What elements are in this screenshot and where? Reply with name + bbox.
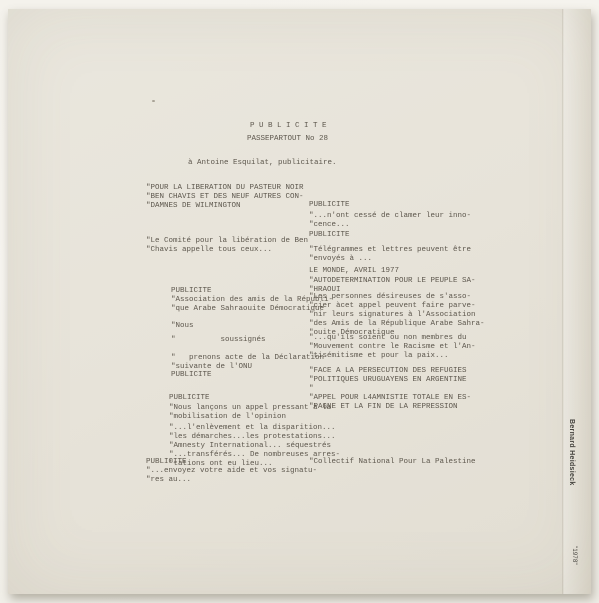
text-line-publicite-left-b: PUBLICITE [169,394,210,403]
text-line-publicite-right-a: PUBLICITE [309,201,350,210]
paper-speck [152,100,155,102]
text-line-nous: "Nous [171,322,194,331]
text-block-appel-pressant: "Nous lançons un appel pressant à la "mo… [169,404,331,422]
spine-album-title: "1978" [571,546,577,565]
text-line-le-monde: LE MONDE, AVRIL 1977 [309,267,399,276]
text-block-racisme: "...qu'ils soient ou non membres du "Mou… [309,334,476,361]
text-block-signatures: PUBLICITE "...envoyez votre aide et vos … [146,458,317,485]
text-block-comite: "Le Comité pour la libération de Ben "Ch… [146,237,308,255]
text-block-liberation: "POUR LA LIBERATION DU PASTEUR NOIR "BEN… [146,184,304,211]
spine-artist-name: Bernard Heidsieck [568,419,575,486]
text-block-telegrammes: "Télégrammes et lettres peuvent être "en… [309,246,471,264]
text-block-personnes: "Les personnes désireuses de s'asso- "ci… [309,293,485,338]
text-block-innocence: "...n'ont cessé de clamer leur inno- "ce… [309,212,471,230]
text-line-collectif: "Collectif National Pour La Palestine [309,458,476,467]
record-sleeve: P U B L I C I T E PASSEPARTOUT No 28 à A… [8,9,591,594]
text-line-publicite-right-b: PUBLICITE [309,231,350,240]
dedication-line: à Antoine Esquilat, publicitaire. [188,159,337,168]
text-line-soussignes: " soussignés [171,336,266,345]
text-line-publicite-left-a: PUBLICITE [171,371,212,380]
page-subtitle: PASSEPARTOUT No 28 [247,135,328,144]
page-title: P U B L I C I T E [250,122,327,131]
sleeve-flap [564,9,591,594]
text-block-declaration: " prenons acte de la Déclaration "suivan… [171,354,324,372]
text-block-refugies: "FACE A LA PERSECUTION DES REFUGIES "POL… [309,367,471,412]
